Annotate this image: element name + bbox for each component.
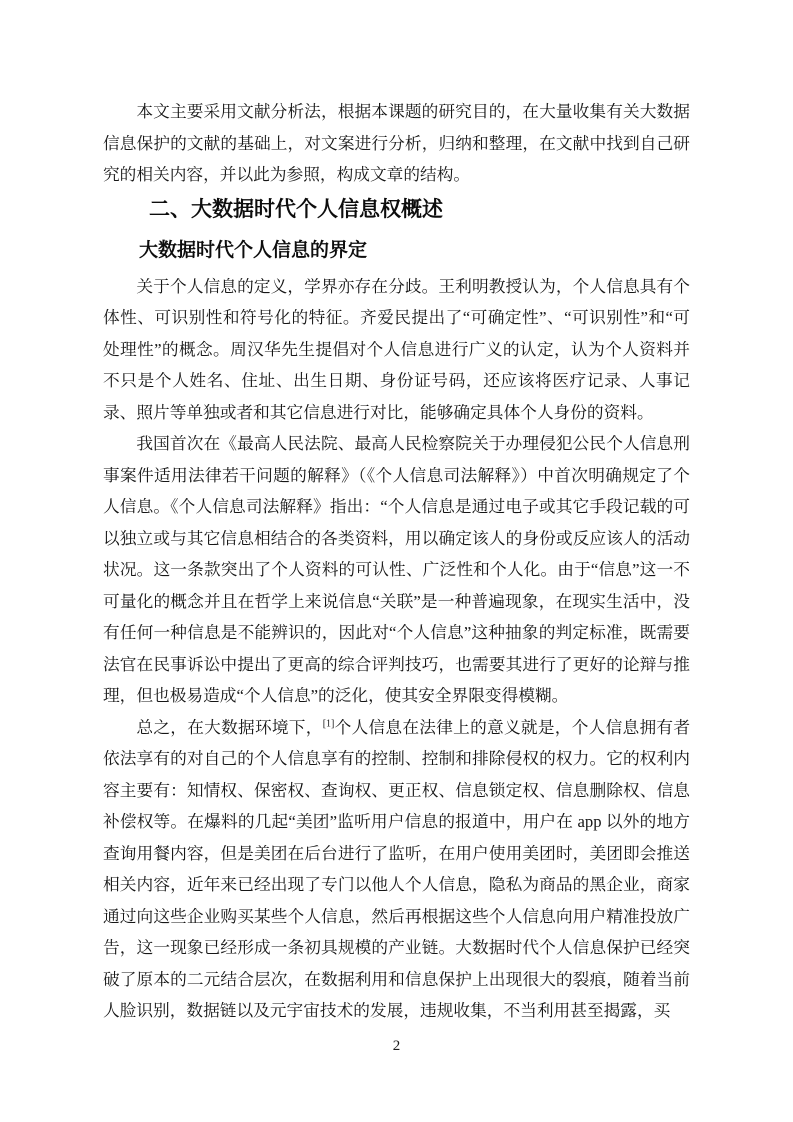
text-run: 本文主要采用文献分析法，根据本课题的研究目的，在大量收集有关大数据信息保护的文献… [103, 102, 690, 184]
body-paragraph: 总之，在大数据环境下，[1]个人信息在法律上的意义就是，个人信息拥有者依法享有的… [103, 712, 690, 1027]
page-number: 2 [393, 1038, 401, 1054]
body-paragraph: 本文主要采用文献分析法，根据本课题的研究目的，在大量收集有关大数据信息保护的文献… [103, 96, 690, 191]
body-paragraph: 关于个人信息的定义，学界亦存在分歧。王利明教授认为，个人信息具有个体性、可识别性… [103, 271, 690, 429]
text-run: 二、大数据时代个人信息权概述 [149, 198, 443, 221]
section-heading: 二、大数据时代个人信息权概述 [103, 191, 690, 229]
text-run: 个人信息在法律上的意义就是，个人信息拥有者依法享有的对自己的个人信息享有的控制、… [103, 718, 690, 1021]
text-run: 关于个人信息的定义，学界亦存在分歧。王利明教授认为，个人信息具有个体性、可识别性… [103, 277, 690, 422]
footnote-reference: [1] [323, 718, 335, 729]
text-run: 我国首次在《最高人民法院、最高人民检察院关于办理侵犯公民个人信息刑事案件适用法律… [103, 434, 690, 705]
sub-heading: 大数据时代个人信息的界定 [103, 231, 690, 271]
document-page: 本文主要采用文献分析法，根据本课题的研究目的，在大量收集有关大数据信息保护的文献… [0, 0, 793, 1122]
body-paragraph: 我国首次在《最高人民法院、最高人民检察院关于办理侵犯公民个人信息刑事案件适用法律… [103, 428, 690, 712]
page-footer: 2 [0, 1036, 793, 1056]
document-body: 本文主要采用文献分析法，根据本课题的研究目的，在大量收集有关大数据信息保护的文献… [103, 96, 690, 1027]
text-run: 总之，在大数据环境下， [136, 718, 322, 737]
text-run: 大数据时代个人信息的界定 [139, 240, 367, 261]
